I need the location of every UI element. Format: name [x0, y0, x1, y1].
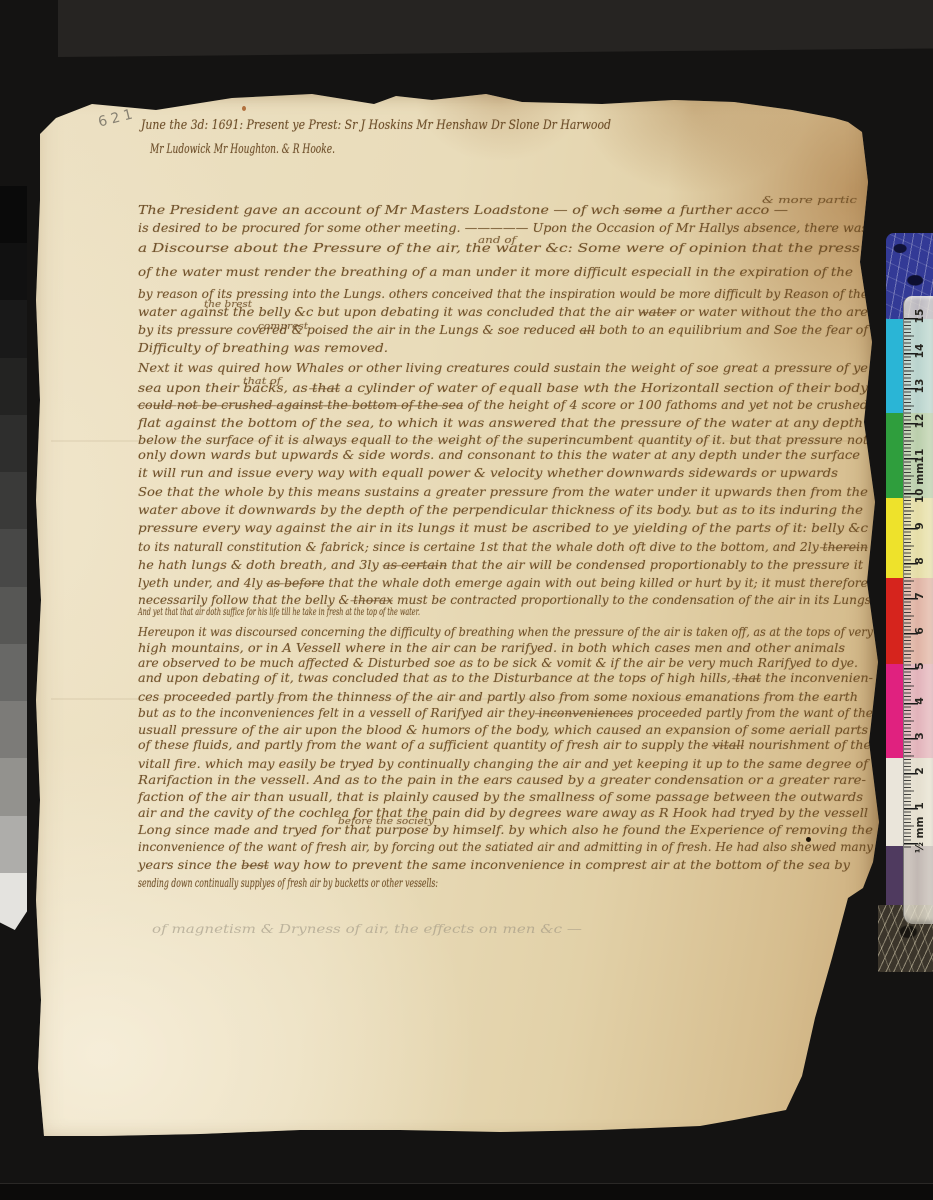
ruler-label: ½ mm — [914, 829, 926, 853]
manuscript-line: water above it downwards by the depth of… — [138, 503, 863, 517]
manuscript-line: sending down continually supplyes of fre… — [138, 876, 438, 890]
manuscript-line: of the water must render the breathing o… — [138, 265, 853, 279]
interlinear-insertion: comprest — [258, 322, 308, 332]
top-mat-board — [58, 0, 933, 57]
ruler-label: 12 — [914, 409, 926, 433]
ruler-label: 2 — [914, 759, 926, 783]
ruler-label: 4 — [914, 689, 926, 713]
interlinear-insertion: & more partic — [762, 196, 857, 206]
ruler-label: 10 mm — [914, 479, 926, 503]
manuscript-line: necessarily follow that the belly & t̶h̶… — [138, 593, 871, 607]
manuscript-line: by its pressure covered & poised the air… — [138, 323, 868, 337]
manuscript-line: Next it was quired how Whales or other l… — [138, 361, 868, 375]
manuscript-line: but as to the inconveniences felt in a v… — [138, 706, 873, 720]
manuscript-line: only down wards but upwards & side words… — [138, 448, 860, 462]
ruler-label: 9 — [914, 514, 926, 538]
manuscript-line: Soe that the whole by this means sustain… — [138, 485, 868, 499]
manuscript-line: are observed to be much affected & Distu… — [138, 656, 858, 670]
manuscript-line: c̶o̶u̶l̶d̶ ̶n̶o̶t̶ ̶b̶e̶ ̶c̶r̶u̶s̶h̶e̶d̶… — [138, 398, 868, 412]
ruler-label: 3 — [914, 724, 926, 748]
manuscript-line: lyeth under, and 4ly a̶s̶ ̶b̶e̶f̶o̶r̶e̶ … — [138, 576, 868, 590]
manuscript-line: pressure every way against the air in it… — [138, 521, 868, 535]
manuscript-line: Hereupon it was discoursed concerning th… — [138, 625, 873, 639]
grayscale-step — [0, 186, 27, 243]
manuscript-line: vitall fire. which may easily be tryed b… — [138, 757, 868, 771]
header-line: Mr Ludowick Mr Houghton. & R Hooke. — [150, 142, 335, 157]
manuscript-line: it will run and issue every way with equ… — [138, 466, 838, 480]
ruler-label: 13 — [914, 374, 926, 398]
manuscript-line: Long since made and tryed for that purpo… — [138, 823, 873, 837]
interlinear-insertion: and of — [478, 236, 516, 246]
manuscript-page: 621 June the 3d: 1691: Present ye Prest:… — [34, 88, 880, 1138]
rust-spot — [242, 106, 246, 111]
grayscale-step — [0, 701, 27, 758]
manuscript-line: air and the cavity of the cochlea for th… — [138, 806, 868, 820]
manuscript-line: Rarifaction in the vessell. And as to th… — [138, 773, 866, 787]
grayscale-step — [0, 816, 27, 873]
grayscale-step — [0, 529, 27, 586]
grayscale-calibration-wedge — [0, 186, 27, 930]
manuscript-line: below the surface of it is always equall… — [138, 433, 868, 447]
manuscript-scan-stage: 621 June the 3d: 1691: Present ye Prest:… — [0, 0, 933, 1200]
manuscript-line: Difficulty of breathing was removed. — [138, 341, 388, 355]
grayscale-step — [0, 644, 27, 701]
ruler-label: 7 — [914, 584, 926, 608]
manuscript-line: high mountains, or in A Vessell where in… — [138, 641, 845, 655]
manuscript-line: faction of the air than usuall, that is … — [138, 790, 863, 804]
interlinear-insertion: before the society — [338, 817, 434, 827]
grayscale-step — [0, 300, 27, 357]
header-line: June the 3d: 1691: Present ye Prest: Sr … — [141, 118, 611, 133]
manuscript-line: inconvenience of the want of fresh air, … — [138, 840, 873, 854]
manuscript-line: ces proceeded partly from the thinness o… — [138, 690, 858, 704]
scan-bed-seam — [0, 1183, 933, 1200]
manuscript-line: The President gave an account of Mr Mast… — [138, 203, 788, 217]
ruler-label: 6 — [914, 619, 926, 643]
ruler-label: 1 — [914, 794, 926, 818]
manuscript-line: by reason of its pressing into the Lungs… — [138, 287, 868, 301]
manuscript-line: years since the b̶e̶s̶t̶ way how to prev… — [138, 858, 850, 872]
grayscale-step — [0, 873, 27, 930]
manuscript-line: he hath lungs & doth breath, and 3ly a̶s… — [138, 558, 863, 572]
manuscript-line: of these fluids, and partly from the wan… — [138, 738, 871, 752]
transparent-ruler: 15 14 13 12 11 10 mm 9 8 7 6 5 4 3 2 1 ½… — [903, 296, 933, 924]
interlinear-insertion: the brest — [204, 300, 252, 310]
grayscale-step — [0, 415, 27, 472]
grayscale-step — [0, 587, 27, 644]
manuscript-line: And yet that that air doth suffice for h… — [138, 606, 420, 618]
grayscale-step — [0, 358, 27, 415]
grayscale-step — [0, 472, 27, 529]
archive-page-number: 621 — [97, 106, 138, 131]
ruler-label: 14 — [914, 339, 926, 363]
manuscript-line: to its naturall constitution & fabrick; … — [138, 540, 868, 554]
grayscale-step — [0, 243, 27, 300]
pencil-note: of magnetism & Dryness of air, the effec… — [152, 922, 582, 936]
manuscript-line: flat against the bottom of the sea, to w… — [138, 416, 863, 430]
grayscale-step — [0, 758, 27, 815]
manuscript-line: is desired to be procured for some other… — [138, 221, 868, 235]
manuscript-line: and upon debating of it, twas concluded … — [138, 671, 873, 685]
ruler-label: 8 — [914, 549, 926, 573]
ruler-label: 15 — [914, 304, 926, 328]
interlinear-insertion: that of — [243, 377, 281, 387]
ruler-label: 5 — [914, 654, 926, 678]
manuscript-line: usuall pressure of the air upon the bloo… — [138, 723, 868, 737]
